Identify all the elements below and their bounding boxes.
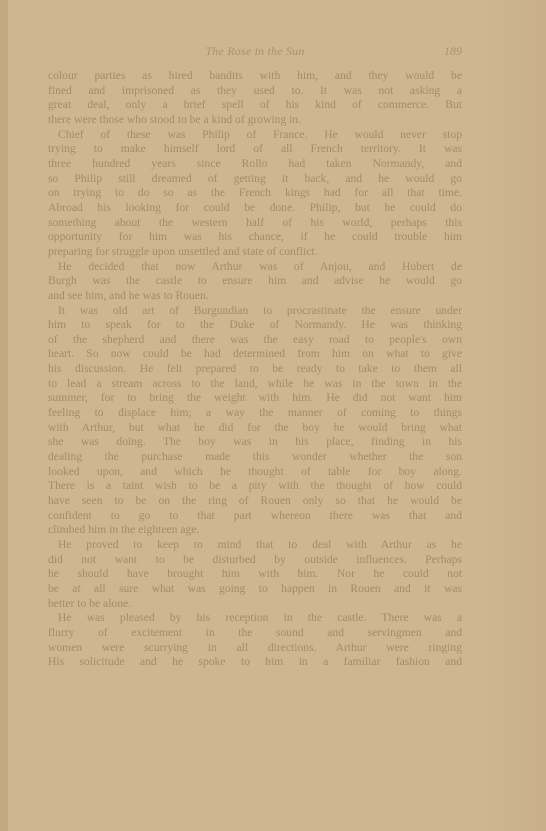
text-line: He proved to keep to mind that to deal w… (48, 538, 462, 553)
text-line: there were those who stood to be a kind … (48, 113, 462, 128)
text-line: Abroad his looking for could be done. Ph… (48, 201, 462, 216)
text-line: It was old art of Burgundian to procrast… (48, 304, 462, 319)
text-line: preparing for struggle upon unsettled an… (48, 245, 462, 260)
text-line: summer, for to bring the weight with him… (48, 391, 462, 406)
text-line: she was doing. The boy was in his place,… (48, 435, 462, 450)
text-line: feeling to displace him; a way the manne… (48, 406, 462, 421)
text-line: flurry of excitement in the sound and se… (48, 626, 462, 641)
text-line: have seen to be on the ring of Rouen onl… (48, 494, 462, 509)
text-line: looked upon, and which he thought of tab… (48, 465, 462, 480)
page-number: 189 (444, 44, 462, 59)
text-line: He was pleased by his reception in the c… (48, 611, 462, 626)
page-header: The Rose in the Sun 189 (48, 44, 462, 60)
text-line: Burgh was the castle to ensure him and a… (48, 274, 462, 289)
text-line: heart. So now could be had determined fr… (48, 347, 462, 362)
text-line: with Arthur, but what he did for the boy… (48, 421, 462, 436)
text-line: better to be alone. (48, 597, 462, 612)
book-page: The Rose in the Sun 189 colour parties a… (0, 0, 546, 831)
text-line: confident to go to that part whereon the… (48, 509, 462, 524)
text-line: him to speak for to the Duke of Normandy… (48, 318, 462, 333)
text-line: and see him, and he was to Rouen. (48, 289, 462, 304)
text-line: dealing the purchase made this wonder wh… (48, 450, 462, 465)
page-binding-edge (0, 0, 8, 831)
text-line: trying to make himself lord of all Frenc… (48, 142, 462, 157)
text-line: he should have brought him with him. Nor… (48, 567, 462, 582)
text-line: his discussion. He felt prepared to be r… (48, 362, 462, 377)
text-line: There is a taint wish to be a pity with … (48, 479, 462, 494)
text-line: did not want to be disturbed by outside … (48, 553, 462, 568)
text-line: women were scurrying in all directions. … (48, 641, 462, 656)
text-line: of the shepherd and there was the easy r… (48, 333, 462, 348)
text-line: three hundred years since Rollo had take… (48, 157, 462, 172)
text-line: on trying to do so as the French kings h… (48, 186, 462, 201)
body-text: colour parties as hired bandits with him… (48, 69, 462, 670)
text-line: opportunity for him was his chance, if h… (48, 230, 462, 245)
running-title: The Rose in the Sun (48, 44, 462, 59)
text-line: great deal, only a brief spell of his ki… (48, 98, 462, 113)
text-line: colour parties as hired bandits with him… (48, 69, 462, 84)
text-line: He decided that now Arthur was of Anjou,… (48, 260, 462, 275)
text-line: so Philip still dreamed of getting it ba… (48, 172, 462, 187)
text-line: be at all sure what was going to happen … (48, 582, 462, 597)
text-line: something about the western half of his … (48, 216, 462, 231)
text-line: His solicitude and he spoke to him in a … (48, 655, 462, 670)
text-line: climbed him in the eighteen age. (48, 523, 462, 538)
text-line: to lead a stream across to the land, whi… (48, 377, 462, 392)
text-line: Chief of these was Philip of France. He … (48, 128, 462, 143)
text-line: fined and imprisoned as they used to. It… (48, 84, 462, 99)
